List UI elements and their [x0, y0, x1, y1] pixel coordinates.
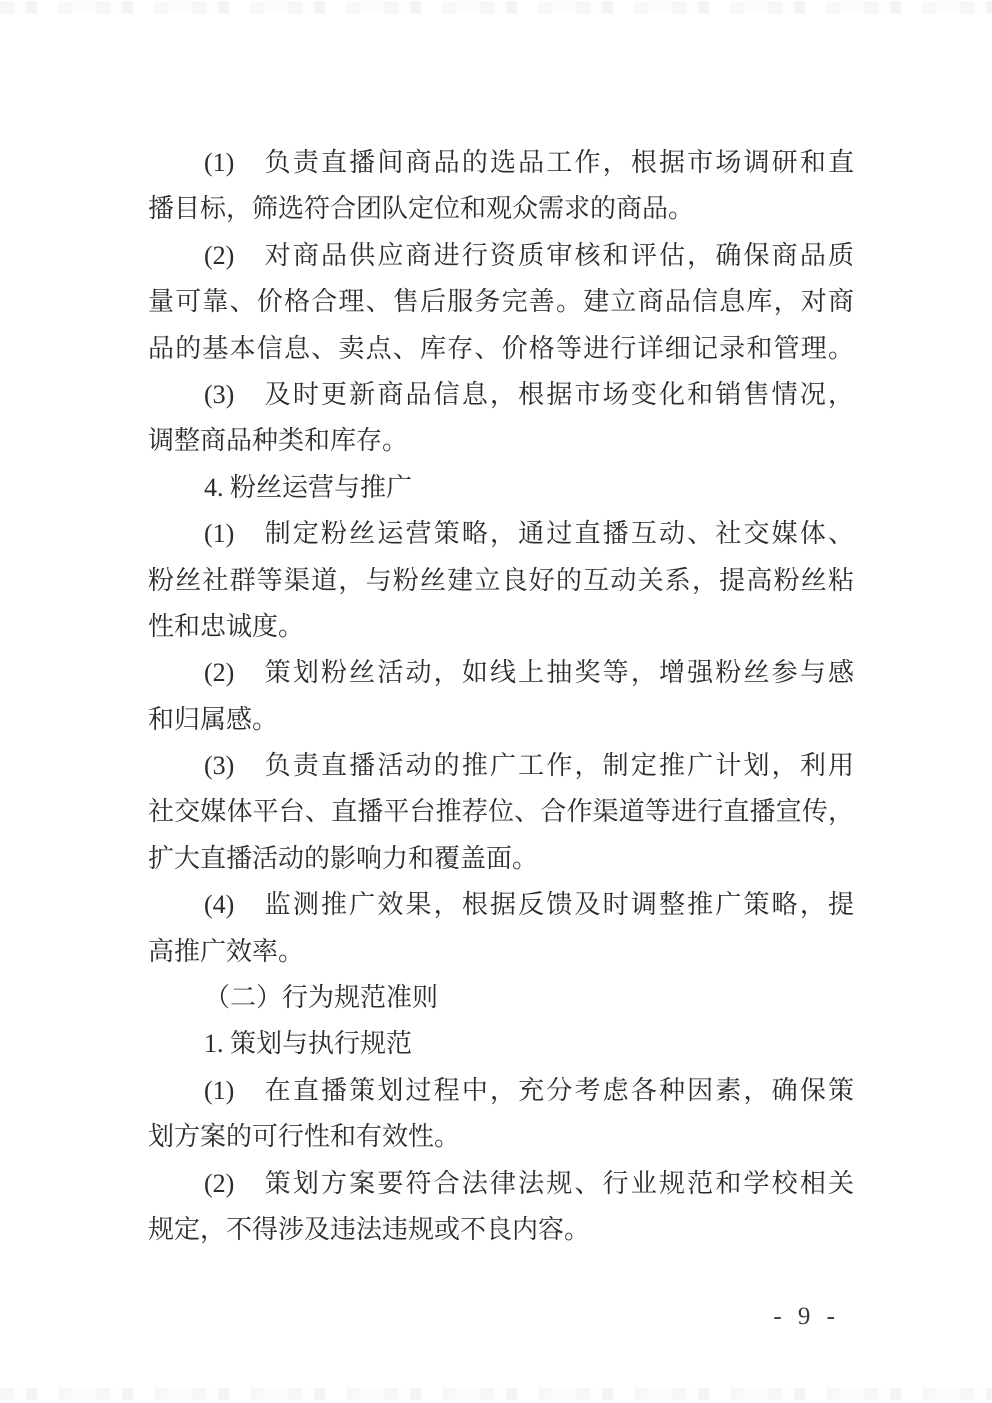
- document-line: 社交媒体平台、直播平台推荐位、合作渠道等进行直播宣传，: [148, 789, 854, 835]
- document-line: 品的基本信息、卖点、库存、价格等进行详细记录和管理。: [148, 326, 854, 372]
- document-line: (2) 策划粉丝活动，如线上抽奖等，增强粉丝参与感: [148, 650, 854, 696]
- document-page: (1) 负责直播间商品的选品工作，根据市场调研和直播目标，筛选符合团队定位和观众…: [0, 0, 992, 1403]
- document-line: 播目标，筛选符合团队定位和观众需求的商品。: [148, 186, 854, 232]
- document-line: 4. 粉丝运营与推广: [148, 465, 854, 511]
- document-line: (3) 负责直播活动的推广工作，制定推广计划，利用: [148, 743, 854, 789]
- document-content: (1) 负责直播间商品的选品工作，根据市场调研和直播目标，筛选符合团队定位和观众…: [148, 140, 854, 1253]
- document-line: (3) 及时更新商品信息，根据市场变化和销售情况，: [148, 372, 854, 418]
- document-line: 1. 策划与执行规范: [148, 1021, 854, 1067]
- document-line: 规定，不得涉及违法违规或不良内容。: [148, 1207, 854, 1253]
- page-number: - 9 -: [773, 1303, 840, 1331]
- scan-noise-bottom: [0, 1388, 992, 1400]
- document-line: (1) 负责直播间商品的选品工作，根据市场调研和直: [148, 140, 854, 186]
- scan-noise-top: [0, 1, 992, 14]
- document-line: 量可靠、价格合理、售后服务完善。建立商品信息库，对商: [148, 279, 854, 325]
- document-line: 粉丝社群等渠道，与粉丝建立良好的互动关系，提高粉丝粘: [148, 558, 854, 604]
- document-line: （二）行为规范准则: [148, 975, 854, 1021]
- document-line: (2) 策划方案要符合法律法规、行业规范和学校相关: [148, 1161, 854, 1207]
- document-line: 性和忠诚度。: [148, 604, 854, 650]
- document-line: 调整商品种类和库存。: [148, 418, 854, 464]
- document-line: 扩大直播活动的影响力和覆盖面。: [148, 836, 854, 882]
- document-line: (2) 对商品供应商进行资质审核和评估，确保商品质: [148, 233, 854, 279]
- document-line: 和归属感。: [148, 697, 854, 743]
- document-line: (1) 在直播策划过程中，充分考虑各种因素，确保策: [148, 1068, 854, 1114]
- document-line: 划方案的可行性和有效性。: [148, 1114, 854, 1160]
- document-line: (4) 监测推广效果，根据反馈及时调整推广策略，提: [148, 882, 854, 928]
- document-line: 高推广效率。: [148, 929, 854, 975]
- document-line: (1) 制定粉丝运营策略，通过直播互动、社交媒体、: [148, 511, 854, 557]
